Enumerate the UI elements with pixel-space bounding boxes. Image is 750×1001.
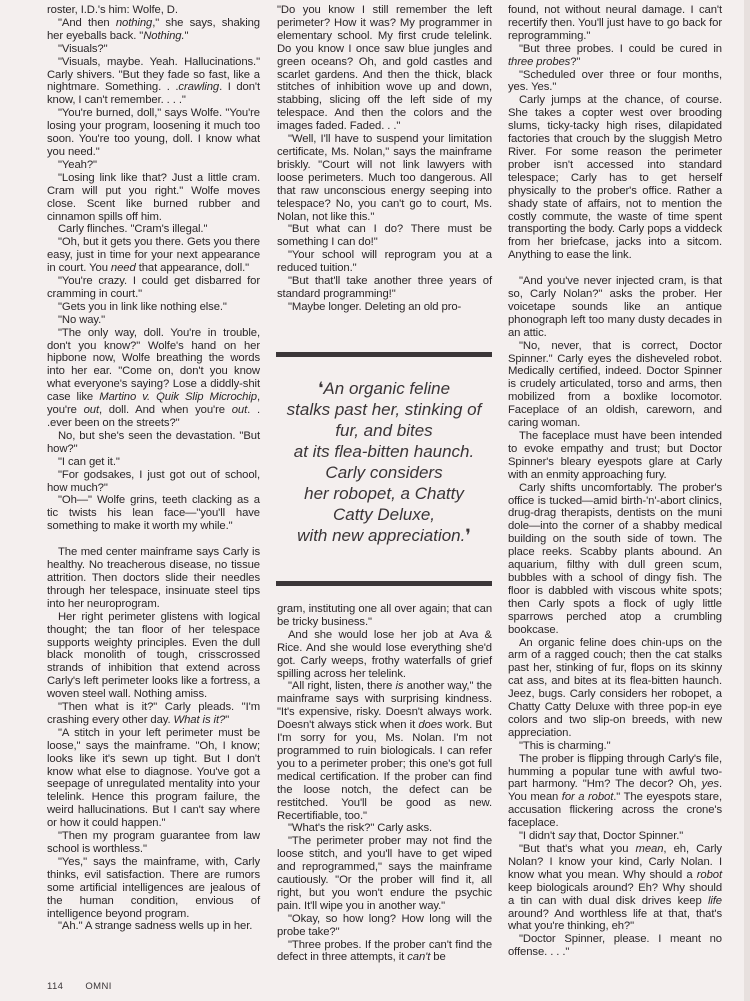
paragraph: "But three probes. I could be cured in t… (508, 43, 722, 69)
column-3: found, not without neural damage. I can'… (508, 4, 722, 959)
paragraph: "Your school will reprogram you at a red… (277, 249, 492, 275)
paragraph: Carly flinches. "Cram's illegal." (47, 223, 260, 236)
paragraph: "The perimeter prober may not find the l… (277, 835, 492, 912)
close-quote-mark-icon: ❜ (465, 526, 470, 545)
paragraph: "I didn't say that, Doctor Spinner." (508, 830, 722, 843)
pull-quote-rule-top (276, 352, 492, 357)
paragraph: "But what can I do? There must be someth… (277, 223, 492, 249)
pull-quote-rule-bottom (276, 581, 492, 586)
paragraph: "No, never, that is correct, Doctor Spin… (508, 340, 722, 430)
column-2-top: "Do you know I still remember the left p… (277, 4, 492, 314)
paragraph: The prober is flipping through Carly's f… (508, 753, 722, 830)
paragraph: No, but she's seen the devastation. "But… (47, 430, 260, 456)
paragraph: "Yes," says the mainframe, with, Carly t… (47, 856, 260, 921)
paragraph: found, not without neural damage. I can'… (508, 4, 722, 43)
paragraph: "Ah." A strange sadness wells up in her. (47, 920, 260, 933)
paragraph: "Doctor Spinner, please. I meant no offe… (508, 933, 722, 959)
paragraph: And she would lose her job at Ava & Rice… (277, 629, 492, 681)
pull-quote-line: at its flea-bitten haunch. (276, 441, 492, 462)
column-1: roster, I.D.'s him: Wolfe, D."And then n… (47, 4, 260, 933)
paragraph: "Do you know I still remember the left p… (277, 4, 492, 133)
paragraph: "And then nothing," she says, shaking he… (47, 17, 260, 43)
page-number: 114 (47, 981, 63, 992)
pull-quote-line: with new appreciation.❜ (276, 525, 492, 546)
paragraph: "I can get it." (47, 456, 260, 469)
pull-quote: ❛An organic felinestalks past her, stink… (276, 378, 492, 546)
paragraph: "But that'll take another three years of… (277, 275, 492, 301)
open-quote-mark-icon: ❛ (318, 379, 323, 398)
pull-quote-line: Catty Deluxe, (276, 504, 492, 525)
paragraph: "Well, I'll have to suspend your limitat… (277, 133, 492, 223)
pull-quote-lines: ❛An organic felinestalks past her, stink… (276, 378, 492, 546)
pull-quote-line: ❛An organic feline (276, 378, 492, 399)
paragraph: "All right, listen, there is another way… (277, 680, 492, 822)
paragraph: "Scheduled over three or four months, ye… (508, 69, 722, 95)
paragraph: "Then my program guarantee from law scho… (47, 830, 260, 856)
paragraph: The med center mainframe says Carly is h… (47, 546, 260, 611)
paragraph: "What's the risk?" Carly asks. (277, 822, 492, 835)
paragraph: "And you've never injected cram, is that… (508, 275, 722, 340)
paragraph: "Gets you in link like nothing else." (47, 301, 260, 314)
paragraph: "Okay, so how long? How long will the pr… (277, 913, 492, 939)
paragraph: roster, I.D.'s him: Wolfe, D. (47, 4, 260, 17)
paragraph: "A stitch in your left perimeter must be… (47, 727, 260, 830)
paragraph: "Three probes. If the prober can't find … (277, 939, 492, 965)
paragraph: Carly jumps at the chance, of course. Sh… (508, 94, 722, 262)
paragraph: "But that's what you mean, eh, Carly Nol… (508, 843, 722, 933)
pull-quote-line: fur, and bites (276, 420, 492, 441)
page-edge (744, 0, 750, 1001)
paragraph: gram, instituting one all over again; th… (277, 603, 492, 629)
paragraph: "Losing link like that? Just a little cr… (47, 172, 260, 224)
folio: 114OMNI (47, 981, 134, 992)
paragraph: "Oh—" Wolfe grins, teeth clacking as a t… (47, 494, 260, 533)
paragraph: Carly shifts uncomfortably. The prober's… (508, 482, 722, 637)
paragraph: "Oh, but it gets you there. Gets you the… (47, 236, 260, 275)
pull-quote-line: stalks past her, stinking of (276, 399, 492, 420)
paragraph: "You're burned, doll," says Wolfe. "You'… (47, 107, 260, 159)
pull-quote-line: Carly considers (276, 462, 492, 483)
paragraph: "You're crazy. I could get disbarred for… (47, 275, 260, 301)
pull-quote-line: her robopet, a Chatty (276, 483, 492, 504)
paragraph: "Then what is it?" Carly pleads. "I'm cr… (47, 701, 260, 727)
paragraph: "The only way, doll. You're in trouble, … (47, 327, 260, 430)
paragraph: "Visuals, maybe. Yeah. Hallucinations." … (47, 56, 260, 108)
paragraph: An organic feline does chin-ups on the a… (508, 637, 722, 740)
paragraph: "No way." (47, 314, 260, 327)
magazine-name: OMNI (85, 981, 111, 992)
paragraph: "Maybe longer. Deleting an old pro- (277, 301, 492, 314)
paragraph: "This is charming." (508, 740, 722, 753)
paragraph: Her right perimeter glistens with logica… (47, 611, 260, 701)
column-2-bottom: gram, instituting one all over again; th… (277, 603, 492, 964)
paragraph: "For godsakes, I just got out of school,… (47, 469, 260, 495)
paragraph: "Visuals?" (47, 43, 260, 56)
paragraph: The faceplace must have been intended to… (508, 430, 722, 482)
paragraph: "Yeah?" (47, 159, 260, 172)
